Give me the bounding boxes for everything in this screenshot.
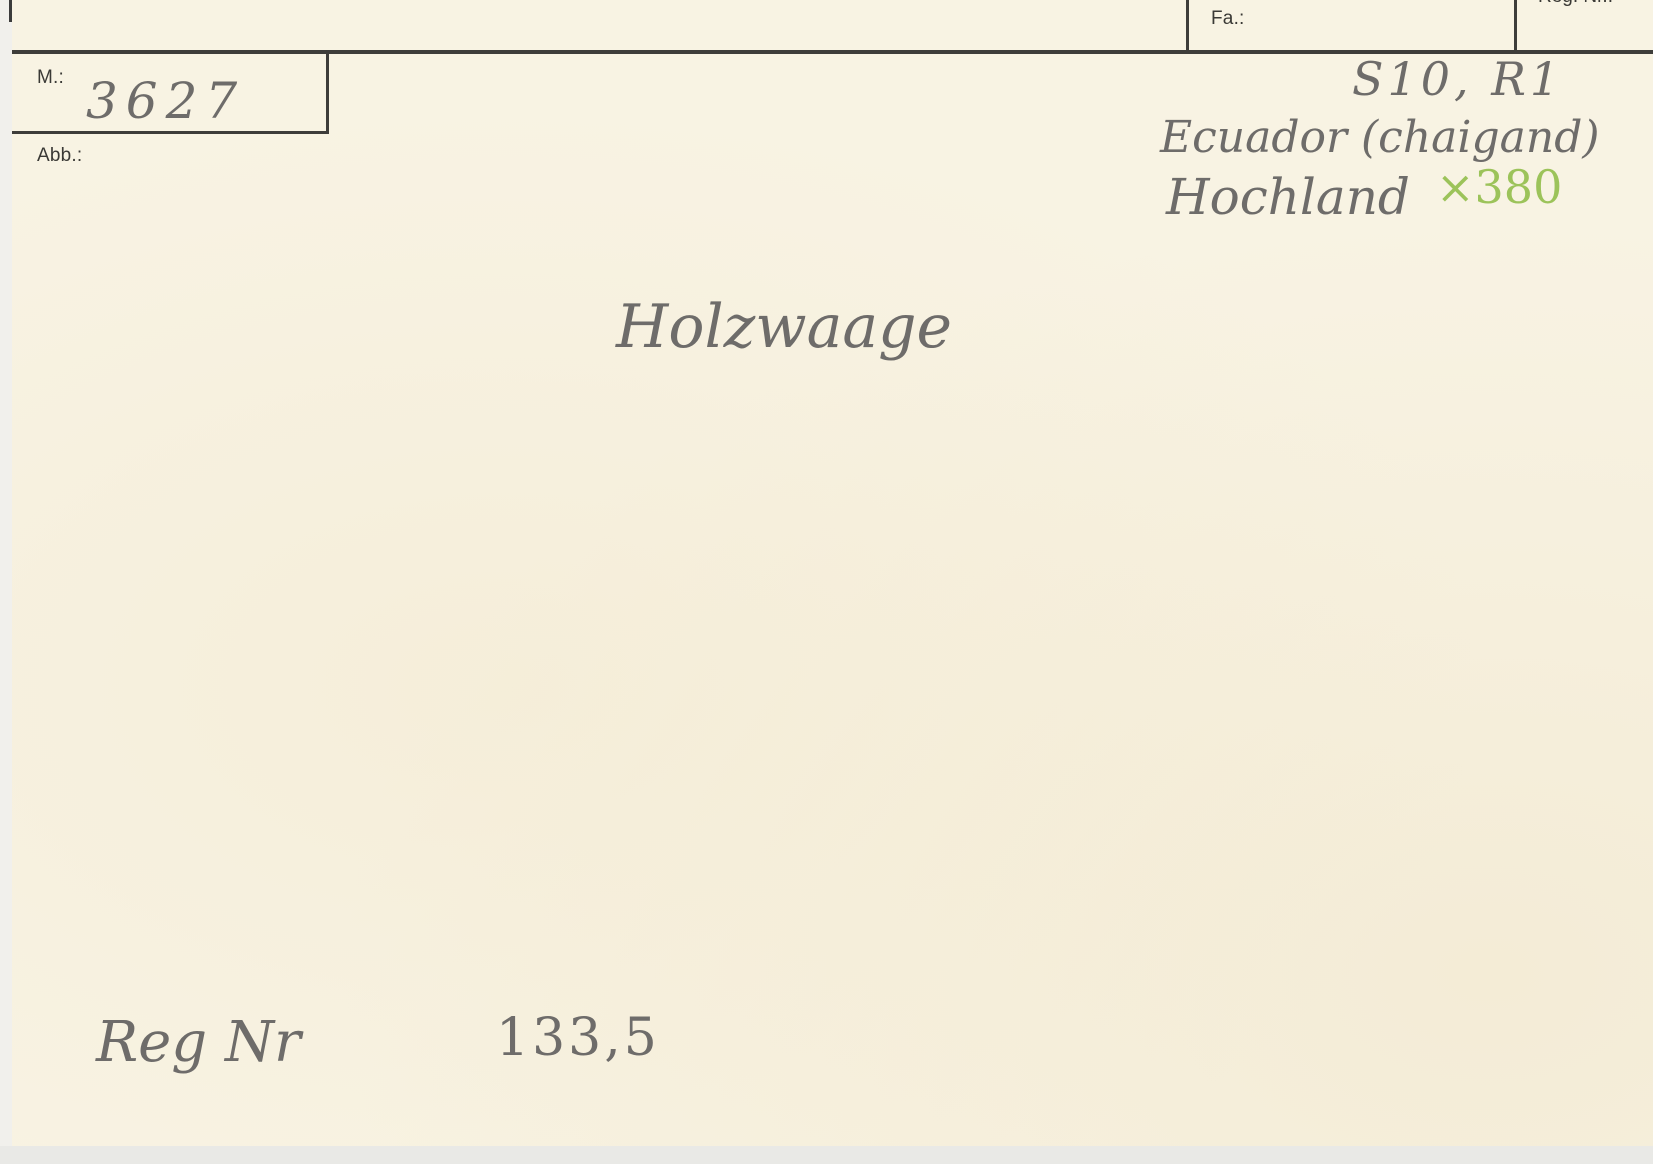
m-value-handwritten: 3627 xyxy=(86,72,245,130)
object-name-handwritten: Holzwaage xyxy=(616,292,952,362)
abb-label: Abb.: xyxy=(37,145,82,167)
corner-mark xyxy=(9,0,12,22)
scanner-bottom-margin xyxy=(0,1146,1653,1164)
scanner-left-margin xyxy=(0,0,12,1146)
fa-label: Fa.: xyxy=(1211,8,1245,30)
location-code-handwritten: S10, R1 xyxy=(1352,52,1563,106)
green-note-handwritten: ×380 xyxy=(1436,160,1562,214)
bottom-value-handwritten: 133,5 xyxy=(496,1008,660,1068)
bottom-label-handwritten: Reg Nr xyxy=(96,1010,301,1075)
region-line1-handwritten: Ecuador (chaigand) xyxy=(1160,112,1600,163)
region-line2-handwritten: Hochland xyxy=(1166,168,1410,226)
reg-nr-label: Reg. Nr.: xyxy=(1538,0,1613,8)
m-label: M.: xyxy=(37,67,64,89)
